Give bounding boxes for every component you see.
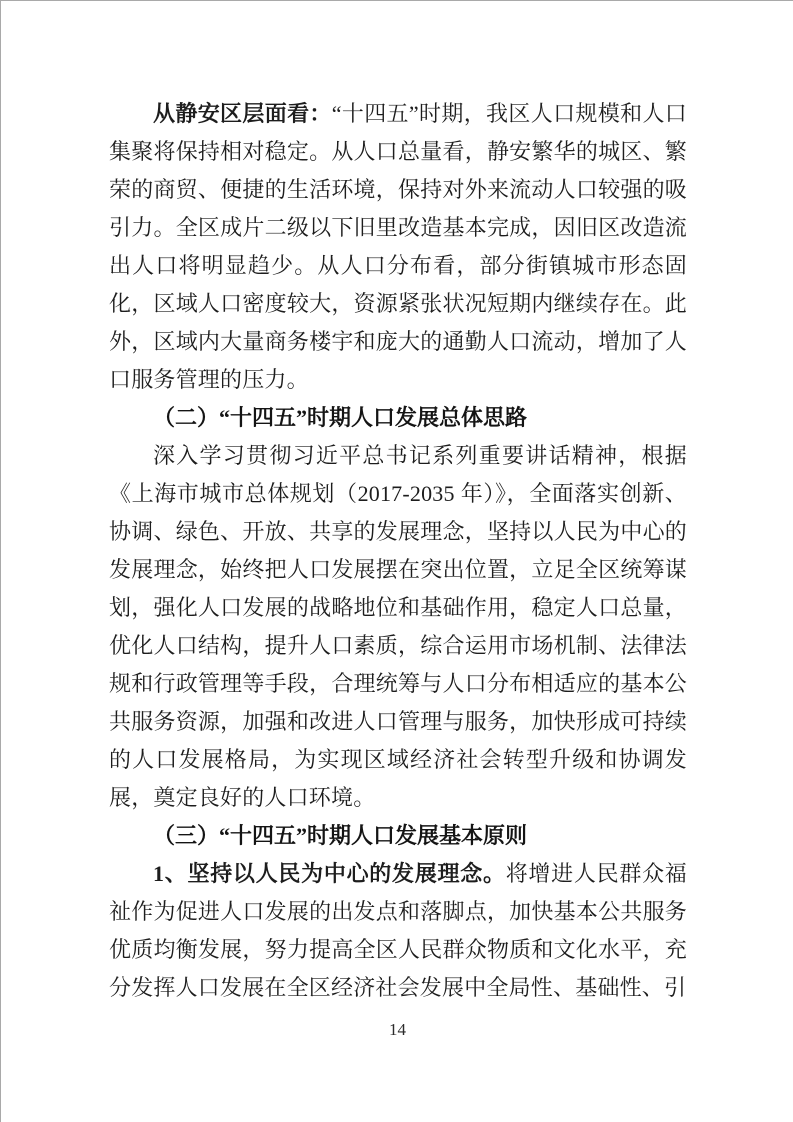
page-footer: 14 <box>1 1020 793 1040</box>
paragraph-principle-1: 1、坚持以人民为中心的发展理念。将增进人民群众福祉作为促进人口发展的出发点和落脚… <box>109 855 687 1007</box>
document-page: 从静安区层面看：“十四五”时期，我区人口规模和人口集聚将保持相对稳定。从人口总量… <box>0 0 793 1122</box>
paragraph-overall-approach: 深入学习贯彻习近平总书记系列重要讲话精神，根据《上海市城市总体规划（2017-2… <box>109 437 687 817</box>
paragraph-lead-bold: 1、坚持以人民为中心的发展理念。 <box>153 861 506 886</box>
document-body: 从静安区层面看：“十四五”时期，我区人口规模和人口集聚将保持相对稳定。从人口总量… <box>109 95 687 1007</box>
page-number: 14 <box>389 1020 406 1039</box>
paragraph-district-overview: 从静安区层面看：“十四五”时期，我区人口规模和人口集聚将保持相对稳定。从人口总量… <box>109 95 687 399</box>
paragraph-lead-bold: 从静安区层面看： <box>153 101 332 126</box>
section-heading-overall-approach: （二）“十四五”时期人口发展总体思路 <box>109 399 687 437</box>
paragraph-text: 深入学习贯彻习近平总书记系列重要讲话精神，根据《上海市城市总体规划（2017-2… <box>109 443 687 810</box>
section-heading-basic-principles: （三）“十四五”时期人口发展基本原则 <box>109 817 687 855</box>
paragraph-text: “十四五”时期，我区人口规模和人口集聚将保持相对稳定。从人口总量看，静安繁华的城… <box>109 101 687 392</box>
